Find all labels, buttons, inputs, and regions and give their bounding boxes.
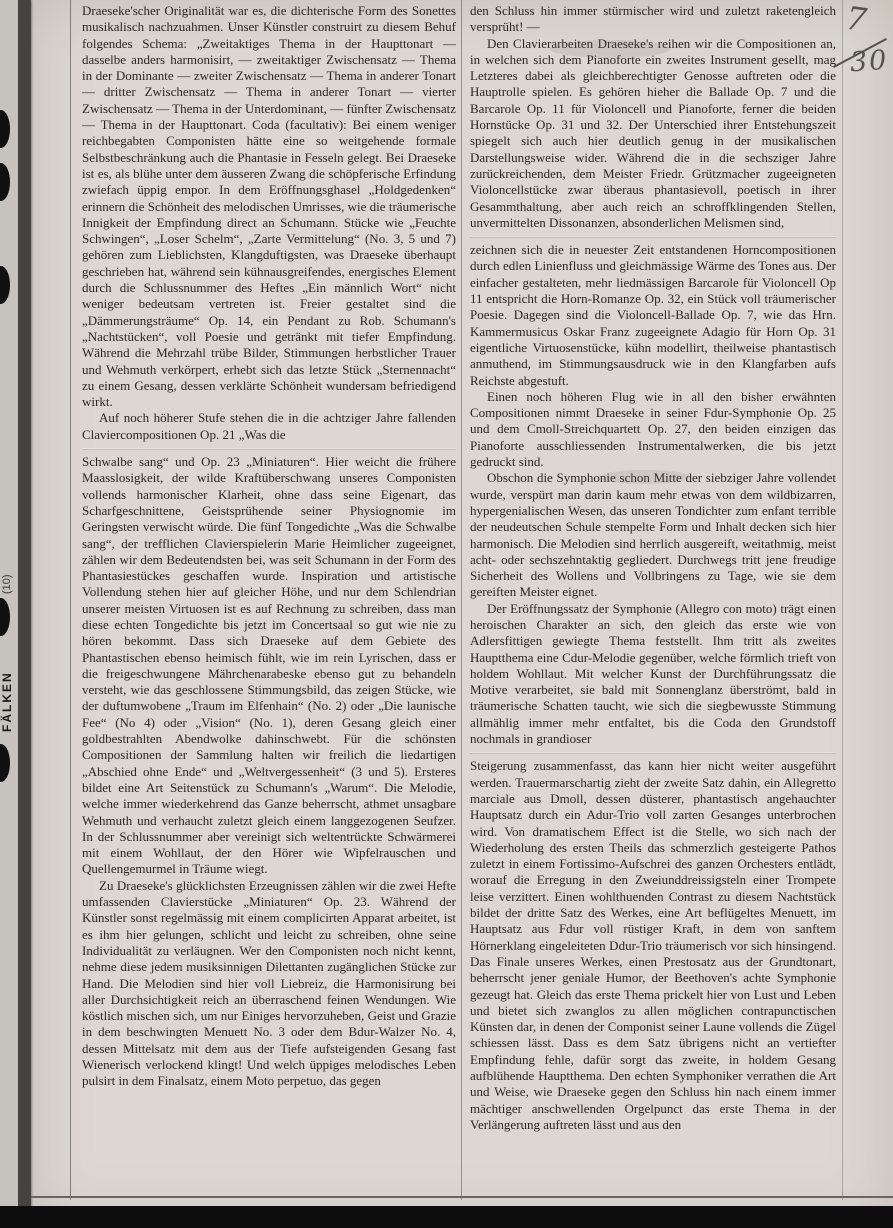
binding-strip (18, 0, 31, 1228)
left-column: Draeseke'scher Originalität war es, die … (82, 3, 456, 1197)
paragraph: Schwalbe sang“ und Op. 23 „Miniaturen“. … (82, 454, 456, 878)
column-rule-left (70, 0, 71, 1200)
column-rule-middle (461, 0, 462, 1200)
paragraph: Zu Draeseke's glücklichsten Erzeugnissen… (82, 878, 456, 1090)
right-column: den Schluss hin immer stürmischer wird u… (470, 3, 836, 1197)
scan-smudge (550, 40, 670, 58)
paragraph: Einen noch höheren Flug wie in all den b… (470, 389, 836, 470)
paper-bottom-edge (31, 1196, 893, 1198)
clipping-seam (470, 747, 836, 758)
clipping-seam (470, 231, 836, 242)
clipping-seam (82, 443, 456, 454)
paragraph: zeichnen sich die in neuester Zeit entst… (470, 242, 836, 389)
margin-mark: (10) (1, 548, 16, 594)
paragraph: den Schluss hin immer stürmischer wird u… (470, 3, 836, 36)
column-rule-right (842, 0, 843, 1200)
paragraph: Obschon die Symphonie schon Mitte der si… (470, 470, 836, 600)
falken-stamp: FÄLKEN (0, 636, 16, 732)
paragraph: Der Eröffnungssatz der Symphonie (Allegr… (470, 601, 836, 748)
scanned-document-page: { "page": { "marginalia": { "stamp_label… (0, 0, 893, 1228)
paragraph: Steigerung zusammenfasst, das kann hier … (470, 758, 836, 1133)
handwritten-number-30: 30 (849, 45, 889, 79)
scan-smudge (600, 470, 690, 484)
bottom-scan-bar (0, 1206, 893, 1228)
paragraph: Den Clavierarbeiten Draeseke's reihen wi… (470, 36, 836, 232)
paragraph: Auf noch höherer Stufe stehen die in die… (82, 410, 456, 443)
paragraph: Draeseke'scher Originalität war es, die … (82, 3, 456, 410)
